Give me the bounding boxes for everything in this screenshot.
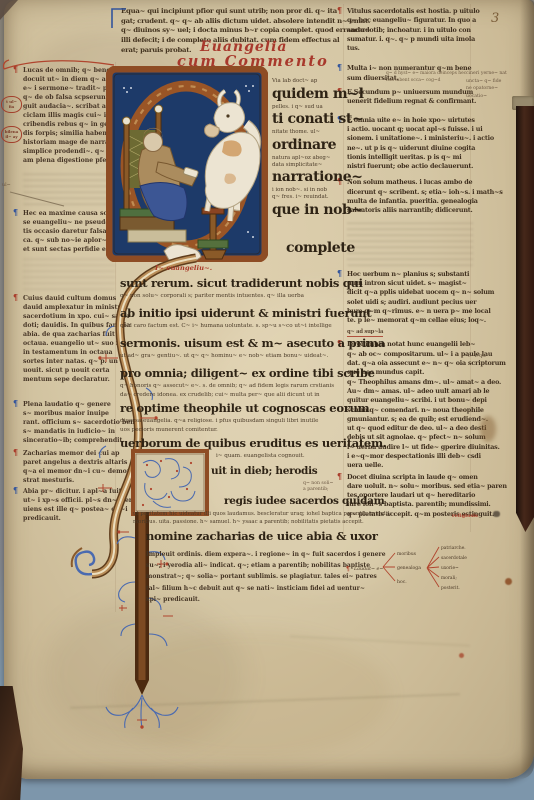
ink-speck [493,511,500,517]
paragraph: ¶Lucas de omnib; q~ bene illedocuit ut~ … [23,66,115,165]
text-line: il~ ay [3,134,20,139]
gospel-word-complete: complete [286,240,355,256]
text-line: q~d caro factum est. C~ i~ humana uolunt… [120,323,392,330]
text-line: i ion nob~. si in nob [272,187,358,194]
text-line: Docet diuina scripta in laude q~ omen [347,473,473,482]
text-line: q~ fres. i~ reuindat. [272,194,358,201]
margin-link-line [8,188,70,210]
text-line: fia [3,104,20,109]
text-line [347,220,473,266]
paragraph: ¶E Secundum p~ uniuersum mundumuenerit f… [347,88,473,107]
text-line: pro omnia; diligent~ ex ordine tibi scri… [120,367,392,380]
text-line: dis forpis; similia habent. i [23,129,115,138]
text-line: a parentib; [303,487,345,493]
text-line: data simplicitate~ [272,162,358,169]
text-line: tus. [347,44,473,53]
main-gospel-text: sunt rerum. sicut tradiderunt nobis quiq… [120,277,392,460]
text-line: dicerunt q~ scribent. s; etia~ ioh~s. i … [347,188,473,197]
text-line: e~ i sermone~ tradit~ pmo ore [23,84,115,93]
f-initial-stem-flourish [93,512,243,737]
text-line: Hec ea maxime causa scpsi [23,209,115,218]
tiny-rubric-note: religiosis [452,513,478,519]
diagram-label: hoc. [397,579,407,585]
gloss-paragraph: Impleuit ordinis. diem expera~. i region… [146,549,346,605]
text-line: Via lab doct~ ap [272,78,358,85]
paragraph: ¶Vitulus sacerdotalis est hostia. p uitu… [347,7,473,53]
text-line: diuersa euangelia. q~a religiose. i pfus… [120,418,392,425]
text-line: simplice prodendi~. q~ ea~ histor [23,147,115,156]
paraph-mark: ¶ [13,399,18,407]
text-line: uera uelle. [347,461,473,470]
diagram-label: morali; [441,576,457,581]
text-line: cineri yerne~ nat [466,70,522,78]
diagram-label: genealoga [397,565,421,571]
text-line: saluatoris aliis narrantib; didicerunt. [347,206,473,215]
text-line: sacerdotib; inchoatur. i in uitulo con [347,26,473,35]
text-line: su~; i yerodia ali~ indicat. q~; etiam a… [146,560,346,571]
paraph-mark: ¶ [13,65,18,73]
text-line: que in nob~ [272,203,358,218]
text-line: ti conati st~ [272,112,358,127]
text-line: q~ de ob falsa scpserunt redar [23,93,115,102]
rubric-caption: I~ euangeliu~. [155,264,212,272]
red-bracket-diagram: ¶ Laudat~ e~ moribus genealoga hoc. patr… [345,541,477,593]
text-line: ordinare [272,138,358,153]
text-line: ne~. ut p is q~ uiderunt diuine cogita [347,144,473,153]
paragraph: ¶E omnia uite e~ in hoie xpo~ uirtutesi … [347,116,473,172]
folio-number: 3 [491,11,499,26]
parchment-stain [505,578,512,585]
text-line: ne opatorne~ [466,85,522,93]
text-line: xpi~ predicauit. [146,594,346,605]
text-line: q~ non solu~ corporali s; pariter mentis… [120,293,392,300]
gloss-lines: ut puritatem hic uideatur illi quos laud… [133,511,403,526]
edge-note: bilenail~ ay [1,126,22,143]
paraph-mark: ¶ [13,293,18,301]
text-line: E Secundum p~ uniuersum mundum [347,88,473,97]
text-line: pelles. i q~ sud ua [272,104,358,111]
text-line: nistri fuerunt; obe actio declauerunt. [347,162,473,171]
text-line: nitate thome. ul~ [272,129,358,136]
diagram-label: moribus [397,551,417,557]
paraph-mark: ¶ [337,63,342,71]
text-line: narratione~ [272,170,358,185]
paraph-mark: ¶ [13,448,18,456]
text-line: docuit ut~ in diem q~ assum p [23,75,115,84]
text-line: sermonis. uisum est & m~ asecuto a prima [120,337,392,350]
text-line: sumatur. i. q~. q~ p mundi uita imola [347,35,473,44]
text-line: re optime theophile ut cognoscas eorum [120,402,392,415]
text-line: quidem m~l [272,87,358,102]
text-line: ab initio ipsi uiderunt & ministri fueru… [120,307,392,320]
text-line: q~ diuinos sy~ uel; i docta minus b~r co… [121,26,359,36]
text-line: guit audacia~. scribat an~ hu~ [23,102,115,111]
blue-nota-bracket [100,6,130,32]
paraph-mark: ¶ [337,472,342,480]
gospel-opening-beside-initial: Via lab doct~ apquidem m~lpelles. i q~ s… [272,78,358,220]
text-line: q~ honoris q~ assecut~ e~. s. de omnib; … [120,383,392,390]
text-line: monstrat~; q~ solia~ portant sublimis. s… [146,571,346,582]
text-line: se euangeliu~ ne pseudo euangelis [23,218,115,227]
text-line: historiam mage de narratio~ [23,138,115,147]
text-line: tionis intelligit ueritas. p is q~ mi [347,153,473,162]
diagram-root: Laudat~ e~ [353,566,383,572]
text-line: tis occasio daretur falsa pdi [23,227,115,236]
text-line: uos pecioris munerent comitentur. [120,427,392,434]
paraph-mark: ¶ [13,486,18,494]
text-line: q~ d hyst~ e~ maiora deinceps hec [386,71,472,78]
text-line: Impleuit ordinis. diem expera~. i region… [146,549,346,560]
text-line: moribus. uita. passione. h~ samuel. h~ y… [133,519,403,527]
gospel-line-fuit: uit in dieb; herodis [211,465,317,477]
text-line: gat; crudent. q~ q~ ab aliis dictum uide… [121,17,359,27]
text-line: natura apl~oz abeg~ [272,155,358,162]
text-line: i actio. uocant q; uocat apl~s fuisse. i… [347,125,473,134]
text-line: da~ credere idonea. ex crudelib; cui~ mu… [120,392,392,399]
leather-strap [516,106,534,532]
text-line: ut ad~ gra~ gentiu~. ut q~ q~ hominu~ e~… [120,353,392,360]
diagram-label: sacerdotale [441,556,467,561]
text-line: cribendis rebus q~ in gestis uita [23,120,115,129]
text-line: E omnia uite e~ in hoie xpo~ uirtutes [347,116,473,125]
parchment-stain [459,653,464,658]
manuscript-photo: 3 Equa~ qui incipiunt pfior qui sunt utr… [0,0,534,800]
tiny-marginal-note: c~l. qs. [468,354,486,359]
text-line: Non solum matheus. i lucas ambo de [347,178,473,187]
text-line: Lucas de omnib; q~ bene ille [23,66,115,75]
text-line: sunt rerum. sicut tradiderunt nobis qui [120,277,392,290]
text-line: nus labent occa~ cog~d [386,78,472,85]
paraph-mark: ¶ [337,6,342,14]
diagram-label: patriarche. [441,546,466,551]
text-line: multa de infantia. pueritia. genealogia [347,197,473,206]
text-line: dare uoluit. n~ solu~ moribus. sed etia~… [347,482,473,491]
diagram-label: uxorie~ [441,566,459,571]
gospel-line-regis: regis iudee sacerdos quidam [224,495,384,507]
text-line: q~ hoc euangeliu~ figuratur. In quo a [347,16,473,25]
text-line: am plena digestione pfecisse. [23,156,115,165]
text-line: ciclam illis magis cui~ in def [23,111,115,120]
interlinear-gloss: q~ non soli~a parentib; [303,481,345,494]
interlinear-gloss: q~ d hyst~ e~ maiora deinceps hecnus lab… [386,71,472,84]
filigree-initial-f-panel [131,449,209,516]
text-line: Vitulus sacerdotalis est hostia. p uitul… [347,7,473,16]
edge-note: t ul~fia [1,96,22,113]
text-line: uenerit fidelium regnat & confirmant. [347,97,473,106]
text-line: Equa~ qui incipiunt pfior qui sunt utrib… [121,7,359,17]
text-line: uncta~ q~ fide [466,78,522,86]
paraph-mark: ¶ [346,566,350,573]
paragraph: ¶Non solum matheus. i lucas ambo dedicer… [347,178,473,215]
illuminated-initial-q-miniature [106,66,268,262]
text-line: tal~ filium h~c debuit aut q~ se nati~ i… [146,583,346,594]
parchment-stain [480,416,496,442]
text-line: sionem. i unitatione~. i ministeriu~. i … [347,134,473,143]
text-line: ut puritatem hic uideatur illi quos laud… [133,511,403,519]
gospel-line-nomine: nomine zacharias de uice abia & uxor [146,529,378,543]
diagram-label: posterit. [441,586,460,591]
